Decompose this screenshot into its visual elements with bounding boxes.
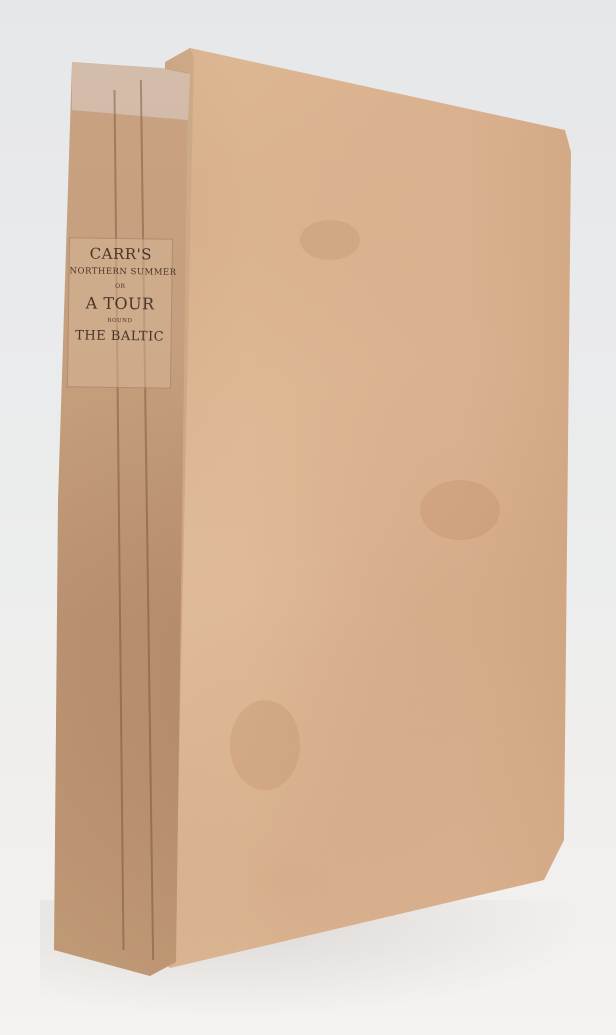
cover-stain — [420, 480, 500, 540]
spine-conjunction: OR — [69, 283, 171, 290]
spine-title: NORTHERN SUMMER — [70, 267, 172, 277]
photo-scene: CARR'S NORTHERN SUMMER OR A TOUR ROUND T… — [0, 0, 616, 1035]
spine-author: CARR'S — [70, 246, 172, 262]
spine-subtitle-2: ROUND — [69, 318, 171, 325]
spine-subtitle-1: A TOUR — [69, 295, 171, 312]
cover-stain — [300, 220, 360, 260]
spine-subtitle-3: THE BALTIC — [69, 329, 171, 343]
cover-stain — [230, 700, 300, 790]
spine-title-label: CARR'S NORTHERN SUMMER OR A TOUR ROUND T… — [67, 237, 173, 388]
